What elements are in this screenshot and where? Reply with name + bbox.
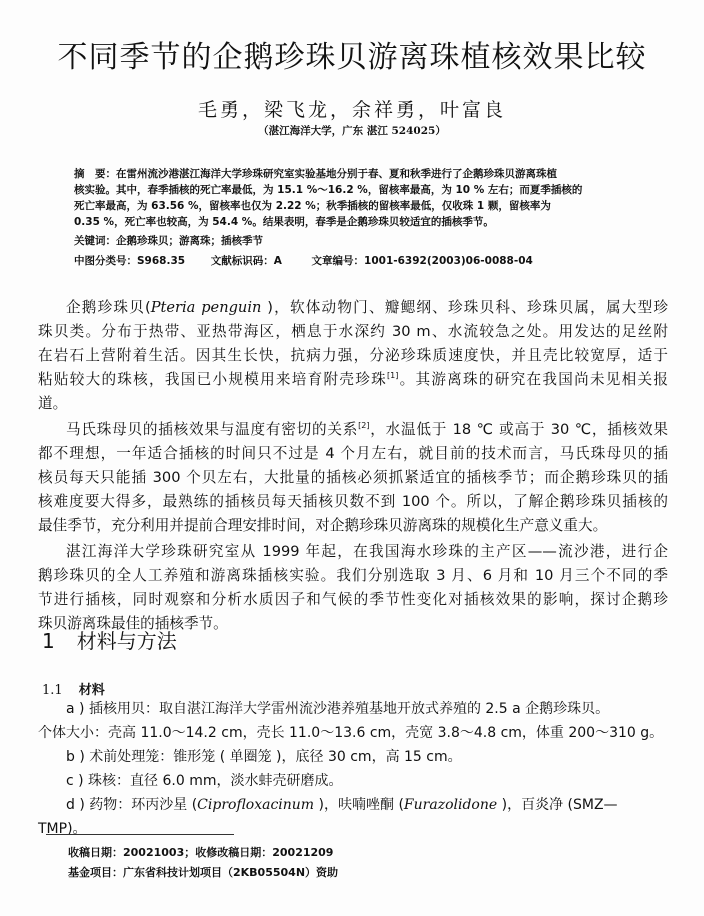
body-line: 最佳季节，充分利用并提前合理安排时间，对企鹅珍珠贝游离珠的规模化生产意义重大。 xyxy=(38,514,668,535)
article-no-label: 文章编号： xyxy=(312,255,365,267)
abstract-line: 核实验。其中，春季插核的死亡率最低，为 15.1 %～16.2 %，留核率最高，… xyxy=(74,182,582,197)
section-title: 材料与方法 xyxy=(77,629,177,653)
paper-title: 不同季节的企鹅珍珠贝游离珠植核效果比较 xyxy=(0,32,704,76)
body-line: 马氏珠母贝的插核效果与温度有密切的关系[2]，水温低于 18 ℃ 或高于 30 … xyxy=(66,418,668,438)
drug-name: Ciprofloxacinum xyxy=(197,797,314,813)
article-no-value: 1001-6392(2003)06-0088-04 xyxy=(364,255,533,267)
abstract-line: 0.35 %，死亡率也较高，为 54.4 %。结果表明，春季是企鹅珍珠贝较适宜的… xyxy=(74,214,494,229)
material-item-d-cont: TMP)。 xyxy=(38,818,668,838)
keywords-value: 企鹅珍珠贝；游离珠；插核季节 xyxy=(116,235,263,247)
section-heading: 1材料与方法 xyxy=(42,625,177,654)
body-line: 珠贝类。分布于热带、亚热带海区，栖息于水深约 30 m、水流较急之处。用发达的足… xyxy=(38,320,668,340)
body-line: 粘贴较大的珠核，我国已小规模用来培育附壳珍珠[1]。其游离珠的研究在我国尚未见相… xyxy=(38,368,668,388)
abstract-line: 摘 要：在雷州流沙港湛江海洋大学珍珠研究室实验基地分别于春、夏和秋季进行了企鹅珍… xyxy=(74,166,557,181)
abstract-label: 摘 要： xyxy=(74,168,116,180)
body-line: 湛江海洋大学珍珠研究室从 1999 年起，在我国海水珍珠的主产区——流沙港，进行… xyxy=(66,540,668,560)
section-number: 1 xyxy=(42,629,55,653)
subsection-title: 材料 xyxy=(79,683,105,698)
body-line: 在岩石上营附着生活。因其生长快，抗病力强，分泌珍珠质速度快，并且壳比较宽厚，适于 xyxy=(38,344,668,364)
body-line: 道。 xyxy=(38,392,668,413)
keywords-line: 关键词：企鹅珍珠贝；游离珠；插核季节 xyxy=(74,233,263,248)
body-line: 都不理想，一年适合插核的时间只不过是 4 个月左右，就目前的技术而言，马氏珠母贝… xyxy=(38,442,668,462)
footnote-divider xyxy=(46,834,234,835)
footnote-funding: 基金项目：广东省科技计划项目（2KB05504N）资助 xyxy=(68,864,338,880)
doc-code-value: A xyxy=(274,255,282,267)
abstract-line: 死亡率最高，为 63.56 %，留核率也仅为 2.22 %；秋季插核的留核率最低… xyxy=(74,198,551,213)
material-item-a: a ) 插核用贝：取自湛江海洋大学雷州流沙港养殖基地开放式养殖的 2.5 a 企… xyxy=(66,698,668,718)
material-item-c: c ) 珠核：直径 6.0 mm，淡水蚌壳研磨成。 xyxy=(66,770,668,790)
footnote-received: 收稿日期：20021003；收修改稿日期：20021209 xyxy=(68,844,333,860)
clc-value: S968.35 xyxy=(137,255,185,267)
keywords-label: 关键词： xyxy=(74,235,116,247)
classification-line: 中图分类号：S968.35 文献标识码：A 文章编号：1001-6392(200… xyxy=(74,253,533,268)
citation-2: [2] xyxy=(358,421,369,430)
author-list: 毛勇，梁飞龙，余祥勇，叶富良 xyxy=(0,95,704,122)
body-line: 鹅珍珠贝的全人工养殖和游离珠插核实验。我们分别选取 3 月、6 月和 10 月三… xyxy=(38,564,668,584)
subsection-heading: 1.1材料 xyxy=(42,679,105,698)
affiliation: （湛江海洋大学，广东 湛江 524025） xyxy=(0,123,704,138)
paper-page: 不同季节的企鹅珍珠贝游离珠植核效果比较 毛勇，梁飞龙，余祥勇，叶富良 （湛江海洋… xyxy=(0,0,704,916)
body-line: 核员每天只能插 300 个贝左右，大批量的插核必须抓紧适宜的插核季节；而企鹅珍珠… xyxy=(38,466,668,486)
drug-name: Furazolidone xyxy=(404,797,497,813)
body-line: 节进行插核，同时观察和分析水质因子和气候的季节性变化对插核效果的影响，探讨企鹅珍 xyxy=(38,588,668,608)
species-name: Pteria penguin xyxy=(151,299,262,316)
clc-label: 中图分类号： xyxy=(74,255,137,267)
material-item-b: b ) 术前处理笼：锥形笼 ( 单圈笼 )，底径 30 cm，高 15 cm。 xyxy=(66,746,668,766)
material-item-d: d ) 药物：环丙沙星 (Ciprofloxacinum )，呋喃唑酮 (Fur… xyxy=(66,794,668,814)
material-item-a-cont: 个体大小：壳高 11.0～14.2 cm，壳长 11.0～13.6 cm，壳宽 … xyxy=(38,722,668,742)
doc-code-label: 文献标识码： xyxy=(211,255,274,267)
abstract-text: 在雷州流沙港湛江海洋大学珍珠研究室实验基地分别于春、夏和秋季进行了企鹅珍珠贝游离… xyxy=(116,168,557,180)
citation-1: [1] xyxy=(387,371,398,380)
subsection-number: 1.1 xyxy=(42,683,63,698)
body-line: 企鹅珍珠贝(Pteria penguin )，软体动物门、瓣鳃纲、珍珠贝科、珍珠… xyxy=(66,296,668,316)
body-line: 核难度要大得多，最熟练的插核员每天插核贝数不到 100 个。所以，了解企鹅珍珠贝… xyxy=(38,490,668,510)
